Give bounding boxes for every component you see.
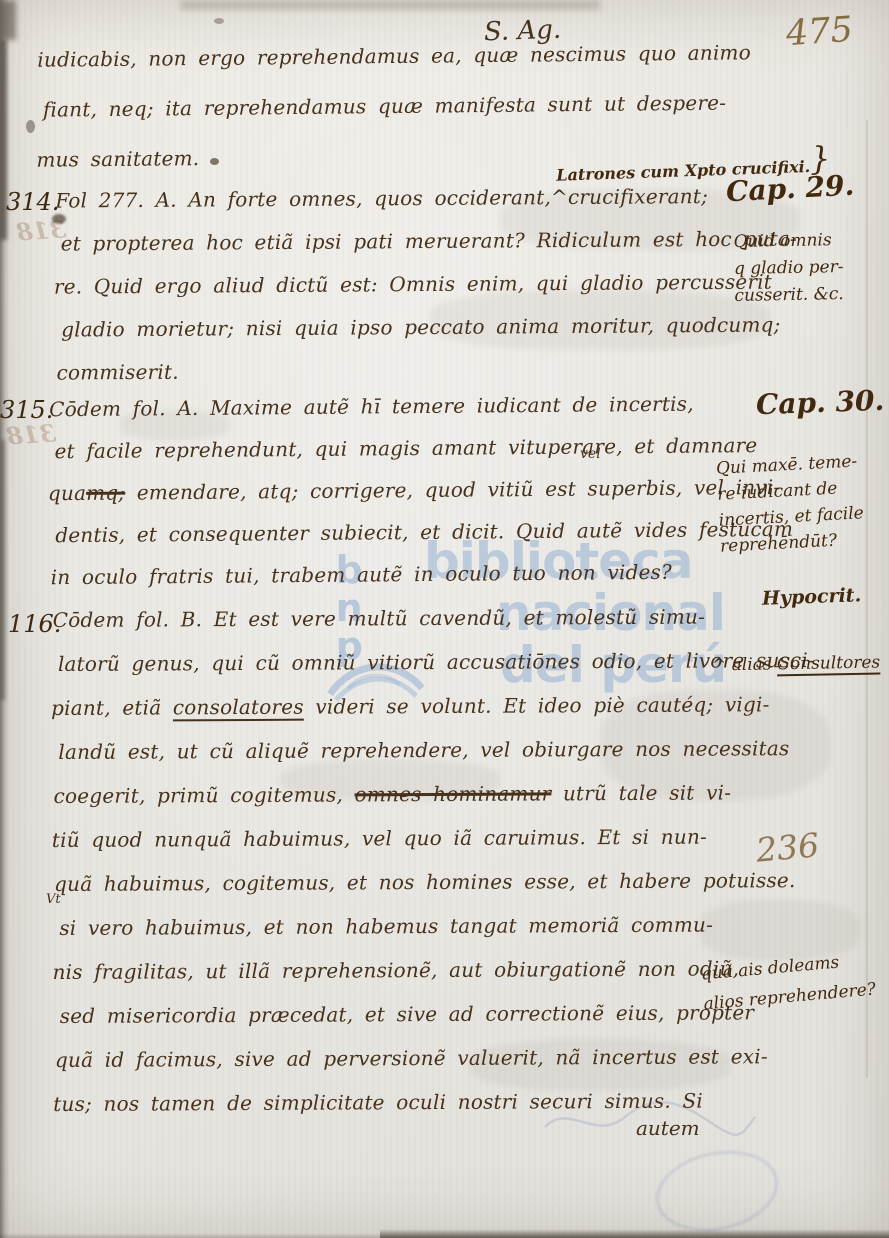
manuscript-line: quã habuimus, cogitemus, et nos homines … [54, 868, 816, 916]
page-gutter-shadow [0, 440, 5, 700]
underlined-text: Consultores [777, 653, 881, 675]
ghost-stamp [648, 1140, 786, 1238]
manuscript-line: gladio morietur; nisi quia ipso peccato … [61, 312, 798, 360]
manuscript-line: Cōdem fol. A. Maxime autẽ hī temere iudi… [49, 391, 792, 439]
margin-note-line: Quid omnis [733, 227, 843, 256]
folio-number: 475 [785, 10, 854, 55]
manuscript-line: et facile reprehendunt, qui magis amant … [54, 433, 792, 481]
manuscript-line: latorũ genus, qui cũ omniũ vitiorũ accus… [58, 648, 815, 696]
interlinear-insertion: vel [580, 446, 601, 462]
manuscript-line: tiũ quod nunquã habuimus, vel quo iã car… [52, 824, 816, 872]
line-segment: coegerit, primũ cogitemus, [54, 782, 355, 808]
ink-speck [26, 120, 35, 133]
margin-note-cap30: Cap. 30. [755, 384, 884, 421]
margin-note-hypocrit: Hypocrit. [762, 584, 862, 609]
margin-note-alias-consultores: ^ alias Consultores [712, 653, 881, 676]
paragraph-314: Fol 277. A. An forte omnes, quos occider… [55, 183, 798, 403]
line-segment: utrũ tale sit vi- [551, 780, 731, 805]
manuscript-line: et propterea hoc etiã ipsi pati merueran… [61, 226, 798, 274]
manuscript-line: quã id facimus, sive ad perversionẽ valu… [55, 1044, 817, 1092]
page-gutter-shadow [0, 40, 7, 240]
interlinear-insertion: Vt [46, 892, 61, 907]
manuscript-line: quamq; emendare, atq; corrigere, quod vi… [48, 475, 793, 523]
margin-note-quid-omnis: Quid omnis q gladio per- cusserit. &c. [733, 227, 844, 310]
line-segment: videri se volunt. Et ideo piè cautéq; vi… [304, 692, 770, 718]
paragraph-315: Cōdem fol. A. Maxime autẽ hī temere iudi… [49, 391, 794, 607]
margin-numeral-236: 236 [754, 825, 820, 869]
struck-text: mq; [86, 481, 125, 505]
manuscript-line: in oculo fratris tui, trabem autẽ in ocu… [51, 559, 794, 607]
manuscript-line: tus; nos tamen de simplicitate oculi nos… [53, 1088, 817, 1136]
ink-speck [52, 214, 66, 224]
margin-note-qui-max: Qui maxē. teme- re iudicant de incertis,… [715, 448, 865, 559]
page-edge-shadow [180, 0, 600, 10]
manuscript-line: iudicabis, non ergo reprehendamus ea, qu… [37, 40, 751, 97]
manuscript-line: fiant, neq; ita reprehendamus quæ manife… [43, 90, 752, 147]
margin-note-cap29: Cap. 29. [725, 169, 855, 209]
page-edge-shadow [0, 1233, 380, 1238]
page-corner-shadow [0, 0, 16, 40]
struck-text: omnes hominamur [354, 781, 551, 806]
paper-crease [866, 120, 868, 1078]
ink-speck [210, 158, 219, 165]
manuscript-line: si vero habuimus, et non habemus tangat … [59, 912, 816, 960]
manuscript-line: Cōdem fol. B. Et est vere multũ cavendũ,… [53, 604, 815, 652]
margin-note-line: q gladio per- [734, 254, 844, 283]
catchword: autem [636, 1116, 700, 1140]
line-segment: piant, etiã [51, 695, 173, 720]
margin-note-line: cusserit. &c. [734, 281, 844, 310]
line-segment: qua [48, 481, 86, 505]
manuscript-line: coegerit, primũ cogitemus, omnes hominam… [54, 780, 816, 828]
manuscript-line: piant, etiã consolatores videri se volun… [51, 692, 815, 740]
page-edge-shadow [380, 1229, 889, 1238]
margin-note-text: ^ alias [712, 654, 777, 675]
manuscript-line: re. Quid ergo aliud dictũ est: Omnis eni… [54, 269, 798, 317]
manuscript-line: landũ est, ut cũ aliquẽ reprehendere, ve… [58, 736, 815, 784]
manuscript-page-scan: bnp biblioteca nacional del perú 318 318… [0, 0, 889, 1238]
manuscript-line: dentis, et consequenter subiecit, et dic… [55, 517, 793, 565]
underlined-text: consolatores [173, 695, 304, 720]
ink-speck [214, 18, 224, 24]
line-segment: emendare, atq; corrigere, quod vitiũ est… [125, 475, 780, 505]
paragraph-116: Cōdem fol. B. Et est vere multũ cavendũ,… [53, 604, 818, 1136]
manuscript-line: Fol 277. A. An forte omnes, quos occider… [55, 183, 797, 231]
